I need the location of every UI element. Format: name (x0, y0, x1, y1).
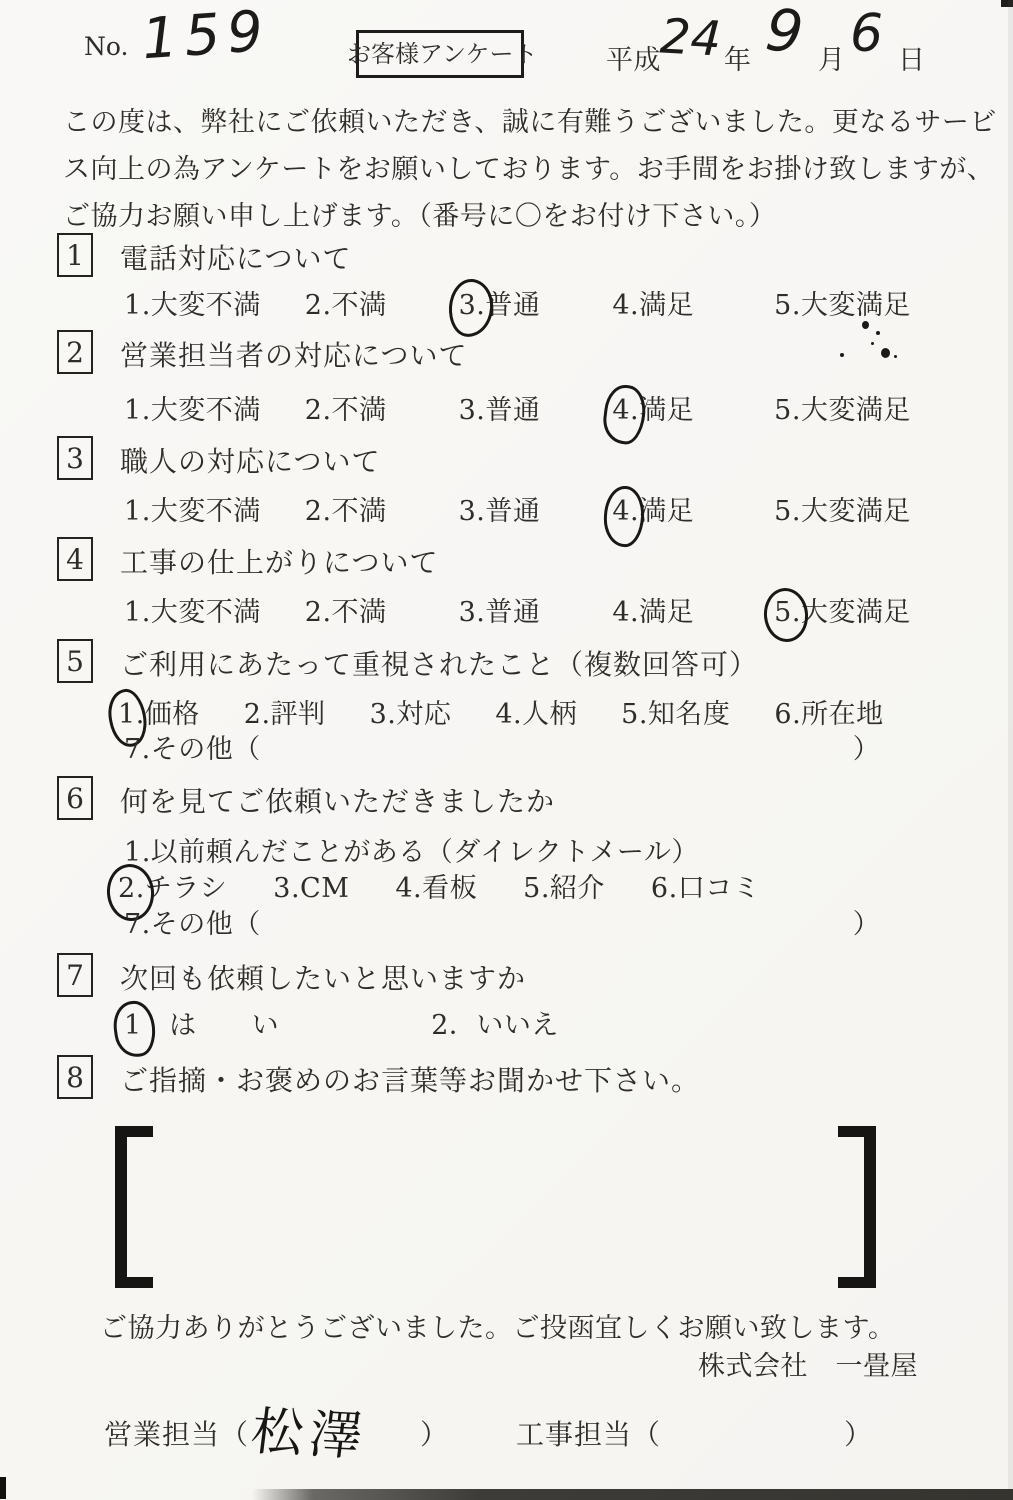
question-4-number-box: 4 (57, 537, 93, 581)
question-3-number-box: 3 (57, 436, 93, 480)
sales-rep-signature-handwritten: 松澤 (247, 1389, 372, 1470)
date-day-handwritten: 6 (850, 8, 883, 60)
option: 5.大変満足 (774, 489, 911, 528)
question-8-number-box: 8 (57, 1055, 93, 1099)
option: 1.以前頼んだことがある（ダイレクトメール） (124, 830, 699, 869)
date-year-handwritten: 24 (659, 12, 723, 63)
handwritten-circle: 5 (774, 597, 792, 628)
option-selected: 4.満足 (612, 388, 694, 427)
question-4-options: 1.大変不満2.不満3.普通4.満足5.大変満足 (124, 590, 911, 629)
option: 5.知名度 (621, 692, 730, 731)
option: 5.大変満足 (774, 388, 911, 427)
option: 5.大変満足 (774, 283, 911, 322)
handwritten-circle: 2 (118, 873, 136, 904)
option: 2．いいえ (431, 1003, 559, 1042)
ink-dot (876, 331, 880, 335)
question-1-number-box: 1 (57, 233, 93, 277)
footer-thanks: ご協力ありがとうございました。ご投函宜しくお願い致します。 (100, 1306, 895, 1345)
question-3-title: 職人の対応について (120, 440, 380, 480)
option: 6.所在地 (774, 692, 883, 731)
handwritten-circle: 1 (118, 699, 136, 730)
option: 1.大変不満 (124, 590, 261, 629)
handwritten-circle: 4 (612, 496, 630, 527)
handwritten-circle: 4 (612, 395, 630, 426)
option: 4.人柄 (495, 692, 577, 731)
scan-edge-shadow (1008, 0, 1013, 1500)
ink-dot (862, 321, 869, 329)
question-5-options: 1.価格2.評判3.対応4.人柄5.知名度6.所在地 (118, 692, 884, 731)
option: 1.大変不満 (124, 489, 261, 528)
question-6-option-line-2: 2.チラシ3.CM4.看板5.紹介6.口コミ (118, 866, 760, 905)
intro-line-3: ご協力お願い申し上げます。（番号に〇をお付け下さい。） (63, 194, 776, 233)
option: 3.普通 (459, 590, 541, 629)
question-2-title: 営業担当者の対応について (120, 334, 467, 374)
question-3-options: 1.大変不満2.不満3.普通4.満足5.大変満足 (124, 489, 911, 528)
question-6-title: 何を見てご依頼いただきましたか (120, 780, 555, 820)
no-label: No. (84, 32, 128, 61)
question-2-options: 1.大変不満2.不満3.普通4.満足5.大変満足 (124, 388, 911, 427)
other-option-label: 7.その他（ (124, 734, 261, 765)
option-selected: 3.普通 (459, 283, 541, 322)
date-month-unit: 月 (818, 38, 846, 77)
date-day-unit: 日 (898, 38, 926, 77)
question-8-title: ご指摘・お褒めのお言葉等お聞かせ下さい。 (120, 1059, 700, 1099)
ink-dot (840, 353, 844, 357)
comment-bracket-right (838, 1126, 876, 1288)
option: 3.CM (273, 873, 349, 904)
question-5-number-box: 5 (57, 639, 93, 683)
option: 6.口コミ (651, 866, 760, 905)
option: 2.不満 (305, 388, 387, 427)
date-year-unit: 年 (724, 38, 752, 77)
sales-rep-label: 営業担当（ (104, 1413, 249, 1453)
date-era: 平成 (606, 38, 661, 77)
ink-dot (871, 342, 874, 345)
option: 5.紹介 (523, 866, 605, 905)
question-5-other-row: 7.その他（） (124, 727, 880, 766)
question-1-options: 1.大変不満2.不満3.普通4.満足5.大変満足 (124, 283, 911, 322)
scan-artifact-bottom-band (252, 1489, 1013, 1500)
option: 1.大変不満 (124, 283, 261, 322)
question-7-options: 1 は い2．いいえ (124, 1003, 559, 1042)
option-selected: 1 は い (124, 1003, 279, 1042)
option: 2.不満 (305, 590, 387, 629)
option: 2.不満 (305, 489, 387, 528)
option: 2.評判 (244, 692, 326, 731)
question-6-number-box: 6 (57, 776, 93, 820)
question-4-title: 工事の仕上がりについて (120, 541, 438, 581)
question-7-title: 次回も依頼したいと思いますか (120, 957, 526, 997)
question-2-number-box: 2 (57, 330, 93, 374)
option-selected: 5.大変満足 (774, 590, 911, 629)
title-box: お客様アンケート (356, 30, 524, 78)
handwritten-circle: 1 (124, 1010, 142, 1041)
question-6-option-line-1: 1.以前頼んだことがある（ダイレクトメール） (124, 830, 699, 869)
footer-company-name: 株式会社 一畳屋 (698, 1344, 918, 1383)
handwritten-circle: 3 (459, 290, 477, 321)
question-1-title: 電話対応について (120, 237, 351, 277)
option: 3.対応 (370, 692, 452, 731)
construction-rep-close-paren: ） (844, 1413, 873, 1453)
other-option-close-paren: ） (853, 734, 881, 765)
intro-line-1: この度は、弊社にご依頼いただき、誠に有難うございました。更なるサービ (63, 100, 997, 139)
other-option-close-paren: ） (853, 909, 881, 940)
option: 4.看板 (395, 866, 477, 905)
question-6-other-row: 7.その他（） (124, 902, 880, 941)
option: 3.普通 (459, 489, 541, 528)
date-month-handwritten: 9 (763, 0, 806, 62)
option: 3.普通 (459, 388, 541, 427)
option: 4.満足 (612, 283, 694, 322)
option-selected: 4.満足 (612, 489, 694, 528)
question-7-number-box: 7 (57, 953, 93, 997)
option: 4.満足 (612, 590, 694, 629)
option-selected: 2.チラシ (118, 866, 227, 905)
ink-splatter (840, 315, 910, 365)
scan-artifact-bottom-left (0, 1477, 6, 1499)
other-option-label: 7.その他（ (124, 909, 261, 940)
question-5-title: ご利用にあたって重視されたこと（複数回答可） (120, 643, 758, 683)
option: 1.大変不満 (124, 388, 261, 427)
page-title: お客様アンケート (347, 33, 538, 76)
ink-dot (881, 348, 890, 358)
survey-scan-page: No. 159 お客様アンケート 平成 24 年 9 月 6 日 この度は、弊社… (0, 0, 1013, 1500)
ink-dot (894, 355, 897, 358)
option: 2.不満 (305, 283, 387, 322)
sales-rep-close-paren: ） (420, 1413, 449, 1453)
intro-line-2: ス向上の為アンケートをお願いしております。お手間をお掛け致しますが、 (63, 147, 994, 186)
no-value-handwritten: 159 (140, 4, 271, 69)
construction-rep-label: 工事担当（ (516, 1413, 661, 1453)
option-selected: 1.価格 (118, 692, 200, 731)
comment-bracket-left (115, 1126, 153, 1288)
